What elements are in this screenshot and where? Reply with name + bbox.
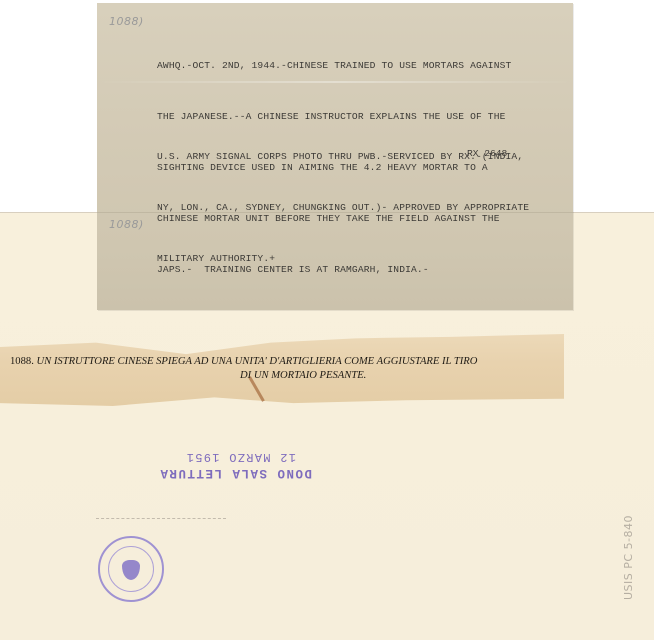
stamp-line1: DONO SALA LETTURA [112,466,312,480]
faint-dashed-rule [96,518,226,519]
caption-line: AWHQ.-OCT. 2nd, 1944.-CHINESE TRAINED TO… [157,57,567,74]
archive-pencil-code: USIS PC 5-840 [622,515,635,600]
credit-line: MILITARY AUTHORITY.+ [157,250,567,267]
pencil-number-mid: 1088) [109,218,144,231]
reference-code: RX 2648 [467,148,507,159]
italian-caption-number: 1088. [10,356,34,367]
round-seal-stamp [98,536,164,602]
italian-caption-text: UN ISTRUTTORE CINESE SPIEGA AD UNA UNITA… [37,356,478,367]
typed-caption-sheet: 1088) 1088) AWHQ.-OCT. 2nd, 1944.-CHINES… [97,3,573,310]
stamp-line2: 12 MARZO 1951 [112,450,296,464]
pencil-number-top: 1088) [109,15,144,28]
library-stamp-upside-down: DONO SALA LETTURA 12 MARZO 1951 [112,450,312,480]
credit-line: NY, LON., CA., SYDNEY, CHUNGKING OUT.)- … [157,199,567,216]
caption-credit: U.S. ARMY SIGNAL CORPS PHOTO THRU PWB.-S… [157,114,567,301]
italian-caption-line2: DI UN MORTAIO PESANTE. [240,370,366,381]
italian-caption-line1: 1088. UN ISTRUTTORE CINESE SPIEGA AD UNA… [10,355,550,369]
